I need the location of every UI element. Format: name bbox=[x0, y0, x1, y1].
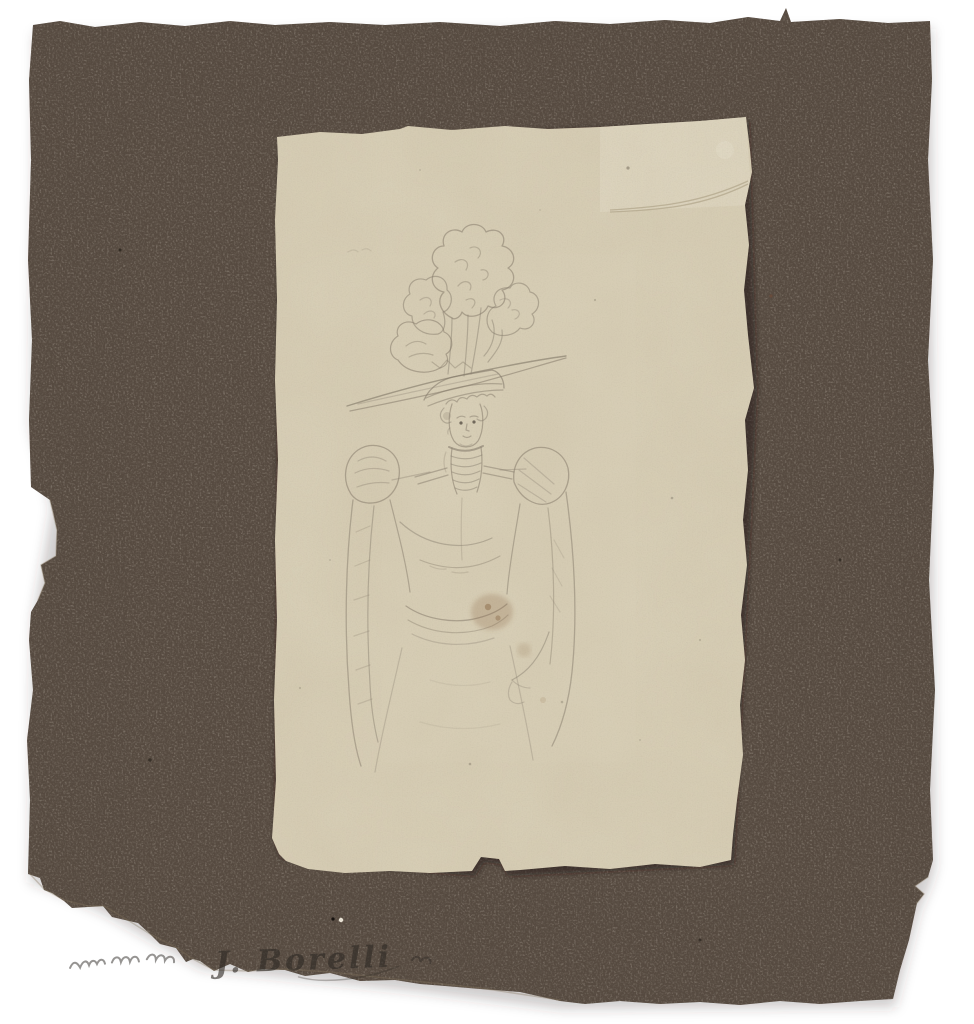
paper-texture-grain bbox=[260, 110, 760, 880]
signature-scribble bbox=[70, 954, 174, 968]
left-eye bbox=[459, 421, 462, 424]
artwork-photo: J. Borelli bbox=[0, 0, 974, 1024]
paper-stain bbox=[471, 594, 513, 630]
hair-curl-shade bbox=[443, 412, 451, 420]
artwork-canvas: J. Borelli bbox=[0, 0, 974, 1024]
right-eye bbox=[472, 420, 475, 423]
artist-signature: J. Borelli bbox=[209, 940, 392, 981]
